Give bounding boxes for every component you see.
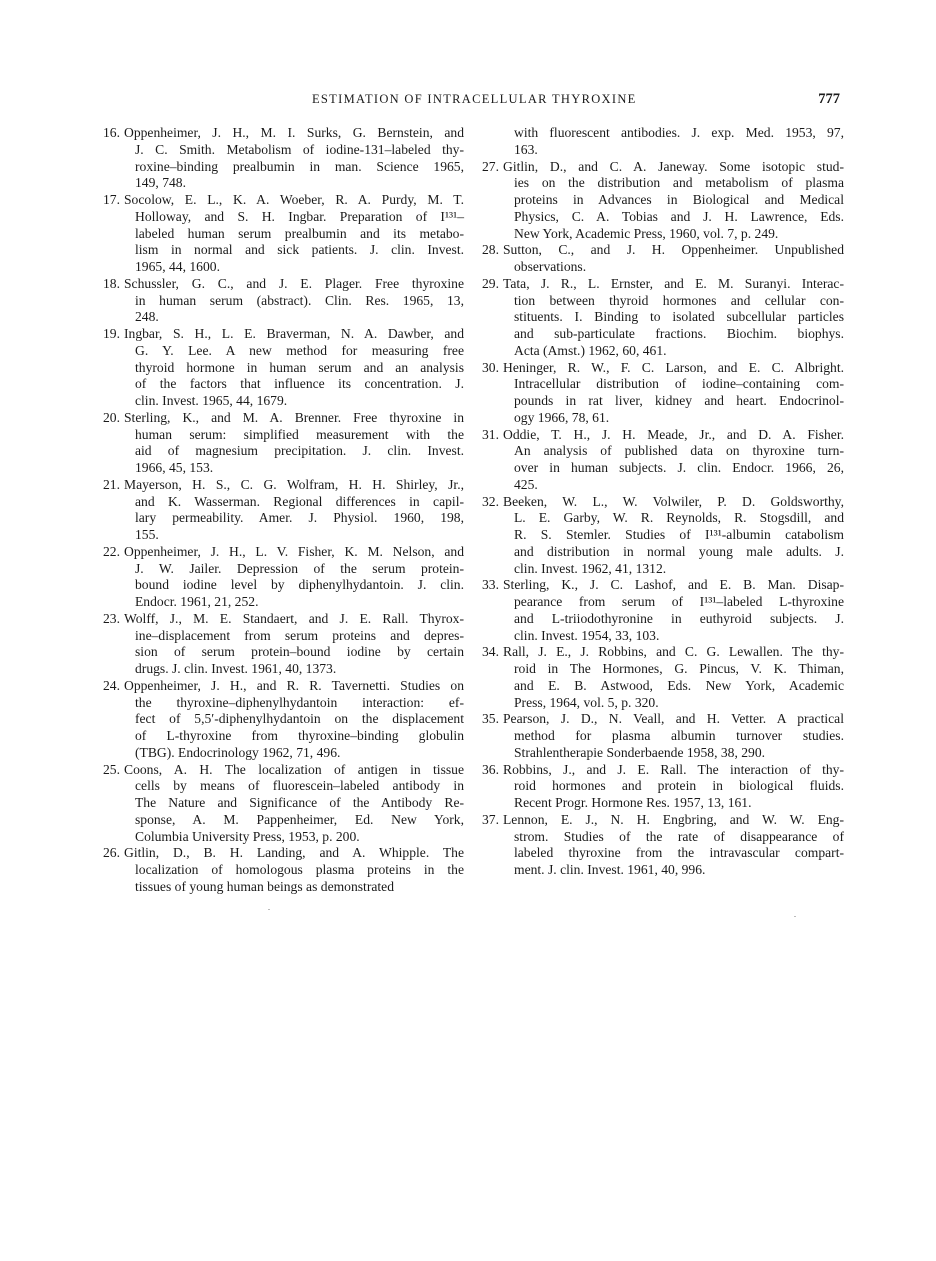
reference-number: 21.	[103, 477, 120, 494]
reference-line: bound iodine level by diphenylhydantoin.…	[103, 577, 464, 594]
reference-line: pounds in rat liver, kidney and heart. E…	[482, 393, 844, 410]
reference-line: Columbia University Press, 1953, p. 200.	[103, 829, 464, 846]
page-header: ESTIMATION OF INTRACELLULAR THYROXINE 77…	[300, 92, 840, 112]
reference-entry: Mayerson, H. S., C. G. Wolfram, H. H. Sh…	[103, 477, 464, 544]
reference-line: lism in normal and sick patients. J. cli…	[103, 242, 464, 259]
reference-number: 33.	[482, 577, 499, 594]
reference-entry: Beeken, W. L., W. Volwiler, P. D. Goldsw…	[482, 494, 844, 578]
reference-line: sponse, A. M. Pappenheimer, Ed. New York…	[103, 812, 464, 829]
reference-line: thyroid hormone in human serum and an an…	[103, 360, 464, 377]
reference-line: of L-thyroxine from thyroxine–binding gl…	[103, 728, 464, 745]
reference-line: lary permeability. Amer. J. Physiol. 196…	[103, 510, 464, 527]
reference-entry: Robbins, J., and J. E. Rall. The interac…	[482, 762, 844, 812]
reference-first-line: Wolff, J., M. E. Standaert, and J. E. Ra…	[103, 611, 464, 628]
reference-number: 35.	[482, 711, 499, 728]
reference-first-line: Gitlin, D., B. H. Landing, and A. Whippl…	[103, 845, 464, 862]
reference-line: Physics, C. A. Tobias and J. H. Lawrence…	[482, 209, 844, 226]
reference-first-line: Oppenheimer, J. H., M. I. Surks, G. Bern…	[103, 125, 464, 142]
references-right-column: with fluorescent antibodies. J. exp. Med…	[482, 125, 844, 879]
running-title: ESTIMATION OF INTRACELLULAR THYROXINE	[312, 92, 637, 107]
reference-line: roxine–binding prealbumin in man. Scienc…	[103, 159, 464, 176]
reference-number: 23.	[103, 611, 120, 628]
reference-number: 18.	[103, 276, 120, 293]
reference-line: (TBG). Endocrinology 1962, 71, 496.	[103, 745, 464, 762]
reference-line: the thyroxine–diphenylhydantoin interact…	[103, 695, 464, 712]
reference-line: proteins in Advances in Biological and M…	[482, 192, 844, 209]
reference-first-line: Mayerson, H. S., C. G. Wolfram, H. H. Sh…	[103, 477, 464, 494]
reference-entry: Heninger, R. W., F. C. Larson, and E. C.…	[482, 360, 844, 427]
reference-line: Intracellular distribution of iodine–con…	[482, 376, 844, 393]
reference-entry: Oppenheimer, J. H., L. V. Fisher, K. M. …	[103, 544, 464, 611]
reference-line: and E. B. Astwood, Eds. New York, Academ…	[482, 678, 844, 695]
reference-line: and sub-particulate fractions. Biochim. …	[482, 326, 844, 343]
reference-line: Holloway, and S. H. Ingbar. Preparation …	[103, 209, 464, 226]
reference-line: clin. Invest. 1962, 41, 1312.	[482, 561, 844, 578]
reference-line: cells by means of fluorescein–labeled an…	[103, 778, 464, 795]
reference-entry: Gitlin, D., B. H. Landing, and A. Whippl…	[103, 845, 464, 895]
reference-line: R. S. Stemler. Studies of I¹³¹-albumin c…	[482, 527, 844, 544]
reference-line: clin. Invest. 1965, 44, 1679.	[103, 393, 464, 410]
reference-first-line: Beeken, W. L., W. Volwiler, P. D. Goldsw…	[482, 494, 844, 511]
reference-number: 19.	[103, 326, 120, 343]
reference-number: 27.	[482, 159, 499, 176]
reference-line: roid hormones and protein in biological …	[482, 778, 844, 795]
reference-line: pearance from serum of I¹³¹–labeled L-th…	[482, 594, 844, 611]
reference-line: stituents. I. Binding to isolated subcel…	[482, 309, 844, 326]
reference-first-line: Coons, A. H. The localization of antigen…	[103, 762, 464, 779]
reference-entry: Wolff, J., M. E. Standaert, and J. E. Ra…	[103, 611, 464, 678]
reference-line: 248.	[103, 309, 464, 326]
reference-line: of the factors that influence its concen…	[103, 376, 464, 393]
reference-line: 1965, 44, 1600.	[103, 259, 464, 276]
reference-line: drugs. J. clin. Invest. 1961, 40, 1373.	[103, 661, 464, 678]
reference-line: L. E. Garby, W. R. Reynolds, R. Stogsdil…	[482, 510, 844, 527]
reference-number: 25.	[103, 762, 120, 779]
reference-line: strom. Studies of the rate of disappeara…	[482, 829, 844, 846]
reference-first-line: Schussler, G. C., and J. E. Plager. Free…	[103, 276, 464, 293]
reference-line: ogy 1966, 78, 61.	[482, 410, 844, 427]
reference-first-line: Lennon, E. J., N. H. Engbring, and W. W.…	[482, 812, 844, 829]
reference-first-line: Sutton, C., and J. H. Oppenheimer. Unpub…	[482, 242, 844, 259]
reference-line: and L-triiodothyronine in euthyroid subj…	[482, 611, 844, 628]
reference-line: Press, 1964, vol. 5, p. 320.	[482, 695, 844, 712]
reference-line: and K. Wasserman. Regional differences i…	[103, 494, 464, 511]
reference-entry: Socolow, E. L., K. A. Woeber, R. A. Purd…	[103, 192, 464, 276]
reference-first-line: Robbins, J., and J. E. Rall. The interac…	[482, 762, 844, 779]
reference-line: tion between thyroid hormones and cellul…	[482, 293, 844, 310]
reference-line: over in human subjects. J. clin. Endocr.…	[482, 460, 844, 477]
reference-entry: Oppenheimer, J. H., and R. R. Tavernetti…	[103, 678, 464, 762]
reference-line: G. Y. Lee. A new method for measuring fr…	[103, 343, 464, 360]
reference-line: The Nature and Significance of the Antib…	[103, 795, 464, 812]
reference-line: Recent Progr. Hormone Res. 1957, 13, 161…	[482, 795, 844, 812]
reference-line: J. C. Smith. Metabolism of iodine-131–la…	[103, 142, 464, 159]
reference-first-line: Oppenheimer, J. H., L. V. Fisher, K. M. …	[103, 544, 464, 561]
reference-first-line: Ingbar, S. H., L. E. Braverman, N. A. Da…	[103, 326, 464, 343]
scan-speck	[268, 909, 270, 910]
reference-entry: Sterling, K., and M. A. Brenner. Free th…	[103, 410, 464, 477]
reference-entry: Tata, J. R., L. Ernster, and E. M. Suran…	[482, 276, 844, 360]
reference-entry: Sutton, C., and J. H. Oppenheimer. Unpub…	[482, 242, 844, 276]
reference-line: ies on the distribution and metabolism o…	[482, 175, 844, 192]
page-number: 777	[818, 91, 840, 108]
reference-number: 26.	[103, 845, 120, 862]
reference-number: 22.	[103, 544, 120, 561]
reference-number: 20.	[103, 410, 120, 427]
reference-first-line: Pearson, J. D., N. Veall, and H. Vetter.…	[482, 711, 844, 728]
reference-first-line: Gitlin, D., and C. A. Janeway. Some isot…	[482, 159, 844, 176]
reference-entry: Oppenheimer, J. H., M. I. Surks, G. Bern…	[103, 125, 464, 192]
reference-line: New York, Academic Press, 1960, vol. 7, …	[482, 226, 844, 243]
reference-line: Strahlentherapie Sonderbaende 1958, 38, …	[482, 745, 844, 762]
reference-entry: Gitlin, D., and C. A. Janeway. Some isot…	[482, 159, 844, 243]
reference-entry: Lennon, E. J., N. H. Engbring, and W. W.…	[482, 812, 844, 879]
reference-entry: Ingbar, S. H., L. E. Braverman, N. A. Da…	[103, 326, 464, 410]
reference-first-line: Rall, J. E., J. Robbins, and C. G. Lewal…	[482, 644, 844, 661]
reference-line: sion of serum protein–bound iodine by ce…	[103, 644, 464, 661]
reference-first-line: Tata, J. R., L. Ernster, and E. M. Suran…	[482, 276, 844, 293]
reference-number: 36.	[482, 762, 499, 779]
reference-entry: Rall, J. E., J. Robbins, and C. G. Lewal…	[482, 644, 844, 711]
scan-speck	[794, 916, 796, 917]
reference-entry: Sterling, K., J. C. Lashof, and E. B. Ma…	[482, 577, 844, 644]
reference-entry: Coons, A. H. The localization of antigen…	[103, 762, 464, 846]
reference-number: 34.	[482, 644, 499, 661]
reference-line: method for plasma albumin turnover studi…	[482, 728, 844, 745]
reference-entry: Oddie, T. H., J. H. Meade, Jr., and D. A…	[482, 427, 844, 494]
reference-line: human serum: simplified measurement with…	[103, 427, 464, 444]
references-left-column: Oppenheimer, J. H., M. I. Surks, G. Bern…	[103, 125, 464, 896]
reference-first-line: Oddie, T. H., J. H. Meade, Jr., and D. A…	[482, 427, 844, 444]
reference-line: localization of homologous plasma protei…	[103, 862, 464, 879]
reference-first-line: Heninger, R. W., F. C. Larson, and E. C.…	[482, 360, 844, 377]
reference-line: and distribution in normal young male ad…	[482, 544, 844, 561]
reference-line: J. W. Jailer. Depression of the serum pr…	[103, 561, 464, 578]
reference-line: 1966, 45, 153.	[103, 460, 464, 477]
reference-line: ine–displacement from serum proteins and…	[103, 628, 464, 645]
reference-line: fect of 5,5′-diphenylhydantoin on the di…	[103, 711, 464, 728]
reference-first-line: Socolow, E. L., K. A. Woeber, R. A. Purd…	[103, 192, 464, 209]
reference-line: aid of magnesium precipitation. J. clin.…	[103, 443, 464, 460]
reference-first-line: Sterling, K., J. C. Lashof, and E. B. Ma…	[482, 577, 844, 594]
reference-line: clin. Invest. 1954, 33, 103.	[482, 628, 844, 645]
reference-number: 28.	[482, 242, 499, 259]
reference-number: 30.	[482, 360, 499, 377]
reference-number: 31.	[482, 427, 499, 444]
reference-line: 155.	[103, 527, 464, 544]
reference-line: Endocr. 1961, 21, 252.	[103, 594, 464, 611]
reference-first-line: Oppenheimer, J. H., and R. R. Tavernetti…	[103, 678, 464, 695]
reference-line: Acta (Amst.) 1962, 60, 461.	[482, 343, 844, 360]
reference-line: roid in The Hormones, G. Pincus, V. K. T…	[482, 661, 844, 678]
reference-entry: Schussler, G. C., and J. E. Plager. Free…	[103, 276, 464, 326]
reference-number: 37.	[482, 812, 499, 829]
reference-line: An analysis of published data on thyroxi…	[482, 443, 844, 460]
reference-line: in human serum (abstract). Clin. Res. 19…	[103, 293, 464, 310]
reference-line: labeled human serum prealbumin and its m…	[103, 226, 464, 243]
reference-line: ment. J. clin. Invest. 1961, 40, 996.	[482, 862, 844, 879]
reference-line: 425.	[482, 477, 844, 494]
reference-entry: with fluorescent antibodies. J. exp. Med…	[482, 125, 844, 159]
reference-number: 24.	[103, 678, 120, 695]
reference-number: 29.	[482, 276, 499, 293]
reference-line: observations.	[482, 259, 844, 276]
reference-line: 149, 748.	[103, 175, 464, 192]
reference-line: labeled thyroxine from the intravascular…	[482, 845, 844, 862]
reference-line: with fluorescent antibodies. J. exp. Med…	[482, 125, 844, 142]
reference-line: 163.	[482, 142, 844, 159]
reference-entry: Pearson, J. D., N. Veall, and H. Vetter.…	[482, 711, 844, 761]
reference-number: 32.	[482, 494, 499, 511]
reference-first-line: Sterling, K., and M. A. Brenner. Free th…	[103, 410, 464, 427]
reference-number: 16.	[103, 125, 120, 142]
reference-number: 17.	[103, 192, 120, 209]
reference-line: tissues of young human beings as demonst…	[103, 879, 464, 896]
